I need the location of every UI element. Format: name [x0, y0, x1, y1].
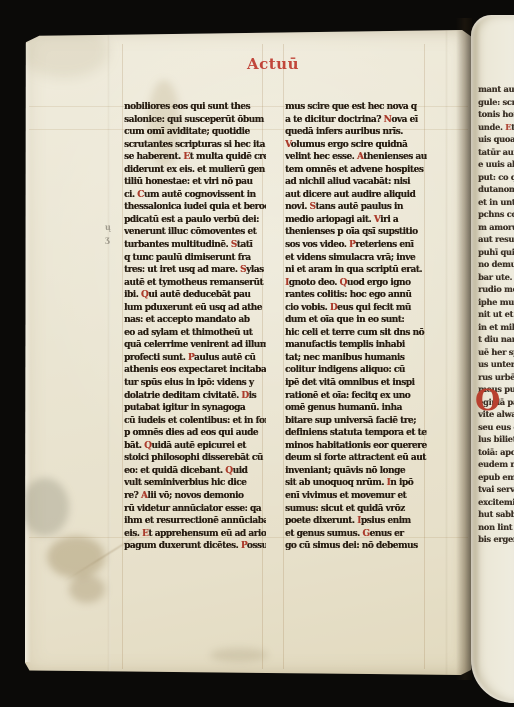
ink-text: hic celi et terre cum sit dns nō i — [285, 328, 427, 338]
ink-text: t diu nam es — [478, 334, 514, 344]
ink-text: quā celerrime venirent ad illum. — [124, 340, 266, 350]
ink-text: nas: et accepto mandato ab — [124, 315, 249, 325]
fragment-line: et in untuq — [478, 196, 514, 209]
ink-text: eo ad sylam et thimotheū ut — [124, 328, 252, 338]
text-line: enī vivimus et movemur et — [285, 490, 427, 503]
text-line: tiliū honestae: et viri nō pau — [124, 176, 266, 189]
stain — [210, 648, 268, 662]
ink-text: eudem mar e — [478, 459, 514, 469]
ink-text: sit ab unoquoq nrūm. — [285, 478, 387, 488]
ink-text: et in untuq — [478, 197, 514, 207]
ink-text: venerunt illuc cōmoventes et — [124, 227, 256, 237]
rubric-initial: C — [137, 190, 144, 200]
text-line: tur spūs eius in ipō: videns y — [124, 377, 266, 390]
ink-text: minos habitationis eor querere — [285, 441, 427, 451]
text-line: profecti sunt. Paulus autē cū — [124, 352, 266, 365]
text-line: athenis eos expectaret incitaba — [124, 364, 266, 377]
ink-text: rantes colitis: hoc ego annū — [285, 290, 411, 300]
ink-text: lum pduxerunt eū usq ad athe — [124, 303, 262, 313]
text-line: eis. Et apprehensum eū ad ario — [124, 528, 266, 541]
ink-text: inveniant; quāvis nō longe — [285, 466, 405, 476]
ink-text: medio ariopagi ait. — [285, 215, 374, 225]
fragment-line: nit ut et tip — [478, 308, 514, 321]
text-line: mus scire que est hec nova q — [285, 101, 427, 114]
gutter-shadow — [456, 18, 472, 680]
ink-text: diderunt ex eis. et mulierū gen — [124, 165, 265, 175]
ink-text: pchns condu — [478, 209, 514, 219]
ink-text: lii vō; novos demonio — [147, 491, 243, 501]
ink-text: pdicatū est a paulo verbū dei: — [124, 215, 259, 225]
text-line: manufactis templis inhabi — [285, 339, 427, 352]
text-line: quā celerrime venirent ad illum. — [124, 339, 266, 352]
ink-text: profecti sunt. — [124, 353, 188, 363]
ink-text: psius enim — [361, 516, 411, 526]
ink-text: puhī quidē a — [478, 247, 514, 257]
ink-text: sos vos video. — [285, 240, 349, 250]
fragment-line: e uuis abup — [478, 158, 514, 171]
ink-text: dum et oīa que in eo sunt: — [285, 315, 404, 325]
ink-text: eo: et quidā dicebant. — [124, 466, 225, 476]
text-line: go cū simus dei: nō debemus — [285, 540, 427, 553]
ink-text: poete dixerunt. — [285, 516, 357, 526]
fragment-line: pchns condu — [478, 208, 514, 221]
ink-text: put: co q da — [478, 172, 514, 182]
ink-text: ylas — [246, 265, 264, 275]
text-column-left: nobiliores eos qui sunt thessalonice: qu… — [124, 101, 266, 557]
ink-text: tvai servos ab — [478, 484, 514, 494]
ink-text: nobiliores eos qui sunt thes — [124, 102, 250, 112]
ink-text: t multa quidē cre — [190, 152, 266, 162]
ink-text: vult seminiverbius hic dice — [124, 478, 246, 488]
fragment-line: aut resurram — [478, 233, 514, 246]
text-line: turbantes multitudinē. Statī — [124, 239, 266, 252]
text-line: ad nichil aliud vacabāt: nisi — [285, 176, 427, 189]
text-line: ipē det vitā omnibus et inspi — [285, 377, 427, 390]
fragment-line: t diu nam es — [478, 333, 514, 346]
text-line: re? Alii vō; novos demonio — [124, 490, 266, 503]
ink-text: uē her span — [478, 347, 514, 357]
text-line: quedā infers auribus nrīs. — [285, 126, 427, 139]
ink-text: thenienses au — [363, 152, 427, 162]
ink-text: tem omnēs et advene hospites — [285, 165, 423, 175]
ink-text: bāt. — [124, 441, 144, 451]
ruling-line — [283, 44, 284, 669]
ink-text: uidā autē epicurei et — [151, 441, 245, 451]
ink-text: sumus: sicut et quidā vrōz — [285, 504, 405, 514]
rubric-initial: G — [362, 529, 369, 539]
vertical-crease — [446, 30, 447, 675]
ink-text: m amorus. — [478, 222, 514, 232]
text-line: salonice: qui susceperūt ōbum — [124, 114, 266, 127]
text-line: deum si forte attractent eū aut — [285, 452, 427, 465]
ink-text: tat; nec manibus humanis — [285, 353, 404, 363]
ink-text: quedā infers auribus nrīs. — [285, 127, 403, 137]
ink-text: rū videtur annūciator esse: qa — [124, 504, 261, 514]
ink-text: definiens statuta tempora et ter — [285, 428, 427, 438]
fragment-line: rudio me. E — [478, 283, 514, 296]
ink-text: epub ems era — [478, 472, 514, 482]
rubric-initial: Q — [339, 278, 346, 288]
fragment-line: in et milier — [478, 321, 514, 334]
text-line: cū iudeis et colentibus: et in foro — [124, 415, 266, 428]
fragment-line: bis ergems — [478, 533, 514, 546]
ink-text: ipē det vitā omnibus et inspi — [285, 378, 414, 388]
text-line: bitare sup universā faciē tre; — [285, 415, 427, 428]
ink-text: gnoto deo. — [289, 278, 340, 288]
ink-text: seu eus en re — [478, 422, 514, 432]
fragment-line: gule: scripu — [478, 96, 514, 109]
ink-text: ibi. — [124, 290, 141, 300]
ink-text: iphe mus co — [478, 297, 514, 307]
ink-text: a te dicitur doctrina? — [285, 115, 384, 125]
ink-text: eis. — [124, 529, 142, 539]
ink-text: tur spūs eius in ipō: videns y — [124, 378, 253, 388]
ink-text: ad nichil aliud vacabāt: nisi — [285, 177, 410, 187]
text-line: vult seminiverbius hic dice — [124, 477, 266, 490]
fragment-line: bar ute. Ip c — [478, 271, 514, 284]
ink-text: bar ute. Ip c — [478, 272, 514, 282]
ink-text: ossu — [247, 541, 266, 551]
vertical-crease — [108, 30, 110, 675]
ruling-line — [122, 44, 123, 669]
fragment-line: no demur. I — [478, 258, 514, 271]
text-line: pdicatū est a paulo verbū dei: — [124, 214, 266, 227]
text-line: rantes colitis: hoc ego annū — [285, 289, 427, 302]
ink-text: e uuis abup — [478, 159, 514, 169]
text-line: omē genus humanū. inha — [285, 402, 427, 415]
ink-text: cum omī aviditate; quotidie — [124, 127, 250, 137]
fragment-line: uē her span — [478, 346, 514, 359]
ink-text: mus scire que est hec nova q — [285, 102, 417, 112]
ink-text: thenienses p oīa qsī supstitio — [285, 227, 418, 237]
ink-text: mant auo — [478, 84, 514, 94]
text-line: autē et tymotheus remanserūt — [124, 277, 266, 290]
text-line: lum pduxerunt eū usq ad athe — [124, 302, 266, 315]
ink-text: toiā: apollo — [478, 447, 514, 457]
ink-text: scrutantes scripturas si hec ita — [124, 140, 265, 150]
stain — [47, 536, 105, 578]
ink-text: non lint dieb — [478, 522, 514, 532]
ink-text: gule: scripu — [478, 97, 514, 107]
fragment-line: eudem mar e — [478, 458, 514, 471]
ink-text: velint hec esse. — [285, 152, 357, 162]
text-line: minos habitationis eor querere — [285, 440, 427, 453]
stain — [19, 24, 109, 78]
text-line: novi. Stans autē paulus in — [285, 201, 427, 214]
text-line: ci. Cum autē cognovissent in — [124, 189, 266, 202]
text-line: rū videtur annūciator esse: qa — [124, 503, 266, 516]
manuscript-page: Actuū ų ʒ nobiliores eos qui sunt thessa… — [25, 30, 472, 675]
text-line: colitur indigens aliquo: cū — [285, 364, 427, 377]
text-column-right: mus scire que est hec nova qa te dicitur… — [285, 101, 427, 557]
text-line: ibi. Qui autē deducebāt pau — [124, 289, 266, 302]
page-edge-highlight — [25, 43, 31, 662]
ink-text: nit ut et tip — [478, 309, 514, 319]
ink-text: pagum duxerunt dicētes. — [124, 541, 241, 551]
ink-text: uid — [233, 466, 248, 476]
ink-text: ihm et resurrectionē annūciabat — [124, 516, 266, 526]
text-line: thenienses p oīa qsī supstitio — [285, 226, 427, 239]
ink-text: re? — [124, 491, 141, 501]
text-line: tat; nec manibus humanis — [285, 352, 427, 365]
fragment-line: iphe mus co — [478, 296, 514, 309]
ink-text: athenis eos expectaret incitaba — [124, 365, 266, 375]
ink-text: se haberent. — [124, 152, 183, 162]
running-title: Actuū — [203, 55, 343, 73]
ink-text: bis ergems — [478, 534, 514, 544]
ink-text: enus er — [370, 529, 404, 539]
text-line: tres: ut iret usq ad mare. Sylas — [124, 264, 266, 277]
ink-text: n ipō — [390, 478, 413, 488]
ink-text: hut sabbanū — [478, 509, 514, 519]
text-line: bāt. Quidā autē epicurei et — [124, 440, 266, 453]
ink-text: iri a — [380, 215, 398, 225]
text-line: aut dicere aut audire aliquid — [285, 189, 427, 202]
ink-text: omē genus humanū. inha — [285, 403, 402, 413]
text-line: tem omnēs et advene hospites — [285, 164, 427, 177]
ink-text: olumus ergo scire quidnā — [291, 140, 408, 150]
ink-text: et videns simulacra vrā; inve — [285, 253, 415, 263]
ink-text: lus bilietur — [478, 434, 514, 444]
text-line: sos vos video. Preteriens enī — [285, 239, 427, 252]
ink-text: reteriens enī — [355, 240, 413, 250]
text-line: et videns simulacra vrā; inve — [285, 252, 427, 265]
text-line: medio ariopagi ait. Viri a — [285, 214, 427, 227]
ink-text: go cū simus dei: nō debemus — [285, 541, 418, 551]
ink-text: aut resurram — [478, 234, 514, 244]
marginal-mark: ų — [105, 222, 111, 232]
rubric-initial: D — [241, 391, 248, 401]
fragment-line: rus urbē c — [478, 371, 514, 384]
ink-text: ui autē deducebāt pau — [148, 290, 250, 300]
fragment-line: puhī quidē a — [478, 246, 514, 259]
ink-text: tatī — [237, 240, 253, 250]
ink-text: rus urbē c — [478, 372, 514, 382]
photo-stage: Actuū ų ʒ nobiliores eos qui sunt thessa… — [0, 0, 514, 707]
fragment-line: non lint dieb — [478, 521, 514, 534]
ink-text: aut dicere aut audire aliquid — [285, 190, 415, 200]
fragment-line: put: co q da — [478, 171, 514, 184]
ink-text: us unter d — [478, 359, 514, 369]
fragment-line: hut sabbanū — [478, 508, 514, 521]
ink-text: rationē et oīa: fecitq ex uno — [285, 391, 410, 401]
ink-text: tres: ut iret usq ad mare. — [124, 265, 240, 275]
ink-text: p omnēs dies ad eos qui aude — [124, 428, 258, 438]
facing-page-text: mant auogule: scriputonis homunde. Et ou… — [478, 83, 514, 547]
ink-text: manufactis templis inhabi — [285, 340, 405, 350]
ink-text: aulus autē cū — [194, 353, 255, 363]
text-line: cio vobis. Deus qui fecit mū — [285, 302, 427, 315]
ink-text: enī vivimus et movemur et — [285, 491, 406, 501]
stain — [21, 478, 69, 536]
text-line: sumus: sicut et quidā vrōz — [285, 503, 427, 516]
text-line: eo: et quidā dicebant. Quid — [124, 465, 266, 478]
ink-text: tonis hom — [478, 109, 514, 119]
text-line: nas: et accepto mandato ab — [124, 314, 266, 327]
text-line: q tunc paulū dimiserunt fra — [124, 252, 266, 265]
fragment-line: unde. Et o — [478, 121, 514, 134]
ink-text: q tunc paulū dimiserunt fra — [124, 253, 251, 263]
text-line: venerunt illuc cōmoventes et — [124, 226, 266, 239]
fragment-line: excitemibar — [478, 496, 514, 509]
ink-text: um autē cognovissent in — [144, 190, 256, 200]
text-line: a te dicitur doctrina? Nova eī — [285, 114, 427, 127]
text-line: poete dixerunt. Ipsius enim — [285, 515, 427, 528]
text-line: p omnēs dies ad eos qui aude — [124, 427, 266, 440]
fragment-line: tatūr aun — [478, 146, 514, 159]
ink-text: et genus sumus. — [285, 529, 362, 539]
ink-text: rudio me. — [478, 284, 514, 294]
rubric-initial: Q — [225, 466, 232, 476]
ink-text: deum si forte attractent eū aut — [285, 453, 426, 463]
ink-text: ova eī — [391, 115, 417, 125]
fragment-line: seu eus en re — [478, 421, 514, 434]
text-line: velint hec esse. Athenienses au — [285, 151, 427, 164]
text-line: thessalonica iudei quia et beroe — [124, 201, 266, 214]
ink-text: uod ergo igno — [347, 278, 411, 288]
marginal-mark: ʒ — [105, 234, 110, 244]
ink-text: tans autē paulus in — [315, 202, 402, 212]
ink-text: is — [249, 391, 257, 401]
facing-page-edge: mant auogule: scriputonis homunde. Et ou… — [471, 15, 514, 703]
stain — [69, 575, 105, 603]
text-line: cum omī aviditate; quotidie — [124, 126, 266, 139]
fragment-line: tvai servos ab — [478, 483, 514, 496]
ink-text: in et milier — [478, 322, 514, 332]
ink-text: unde. — [478, 122, 505, 132]
fragment-line: dutanoms d — [478, 183, 514, 196]
text-line: stoici philosophi disserebāt cū — [124, 452, 266, 465]
ink-text: dutanoms d — [478, 184, 514, 194]
ink-text: uis quoad — [478, 134, 514, 144]
ink-text: eus qui fecit mū — [337, 303, 411, 313]
ink-text: no demur. I — [478, 259, 514, 269]
fragment-line: tonis hom — [478, 108, 514, 121]
text-line: diderunt ex eis. et mulierū gen — [124, 164, 266, 177]
ink-text: thessalonica iudei quia et beroe — [124, 202, 266, 212]
fragment-line: epub ems era — [478, 471, 514, 484]
text-line: dolatrie deditam civitatē. Dis — [124, 390, 266, 403]
text-line: definiens statuta tempora et ter — [285, 427, 427, 440]
text-line: rationē et oīa: fecitq ex uno — [285, 390, 427, 403]
text-line: hic celi et terre cum sit dns nō i — [285, 327, 427, 340]
fragment-line: us unter d — [478, 358, 514, 371]
text-line: ni et aram in qua scriptū erat. — [285, 264, 427, 277]
fragment-line: uis quoad — [478, 133, 514, 146]
text-line: nobiliores eos qui sunt thes — [124, 101, 266, 114]
fragment-line: lus bilietur — [478, 433, 514, 446]
ink-text: turbantes multitudinē. — [124, 240, 231, 250]
fragment-line: mant auo — [478, 83, 514, 96]
ink-text: salonice: qui susceperūt ōbum — [124, 115, 264, 125]
red-drop-cap-initial: O — [475, 386, 500, 415]
text-line: pagum duxerunt dicētes. Possu — [124, 540, 266, 553]
text-line: se haberent. Et multa quidē cre — [124, 151, 266, 164]
ink-text: cio vobis. — [285, 303, 330, 313]
ink-text: ni et aram in qua scriptū erat. — [285, 265, 422, 275]
text-line: ihm et resurrectionē annūciabat — [124, 515, 266, 528]
ink-text: tatūr aun — [478, 147, 514, 157]
text-line: scrutantes scripturas si hec ita — [124, 139, 266, 152]
ink-text: dolatrie deditam civitatē. — [124, 391, 241, 401]
text-line: et genus sumus. Genus er — [285, 528, 427, 541]
text-line: eo ad sylam et thimotheū ut — [124, 327, 266, 340]
ink-text: bitare sup universā faciē tre; — [285, 416, 416, 426]
ink-text: excitemibar — [478, 497, 514, 507]
fragment-line: toiā: apollo — [478, 446, 514, 459]
text-line: sit ab unoquoq nrūm. In ipō — [285, 477, 427, 490]
ink-text: cū iudeis et colentibus: et in foro — [124, 416, 266, 426]
text-line: putabat igitur in synagoga — [124, 402, 266, 415]
fragment-line: m amorus. C — [478, 221, 514, 234]
ink-text: tiliū honestae: et viri nō pau — [124, 177, 252, 187]
ink-text: t apprehensum eū ad ario — [148, 529, 266, 539]
ink-text: stoici philosophi disserebāt cū — [124, 453, 263, 463]
ink-text: ci. — [124, 190, 137, 200]
ink-text: putabat igitur in synagoga — [124, 403, 245, 413]
text-line: Volumus ergo scire quidnā — [285, 139, 427, 152]
ink-text: novi. — [285, 202, 309, 212]
text-line: dum et oīa que in eo sunt: — [285, 314, 427, 327]
text-line: inveniant; quāvis nō longe — [285, 465, 427, 478]
text-line: Ignoto deo. Quod ergo igno — [285, 277, 427, 290]
ink-text: autē et tymotheus remanserūt — [124, 278, 263, 288]
ink-text: colitur indigens aliquo: cū — [285, 365, 405, 375]
